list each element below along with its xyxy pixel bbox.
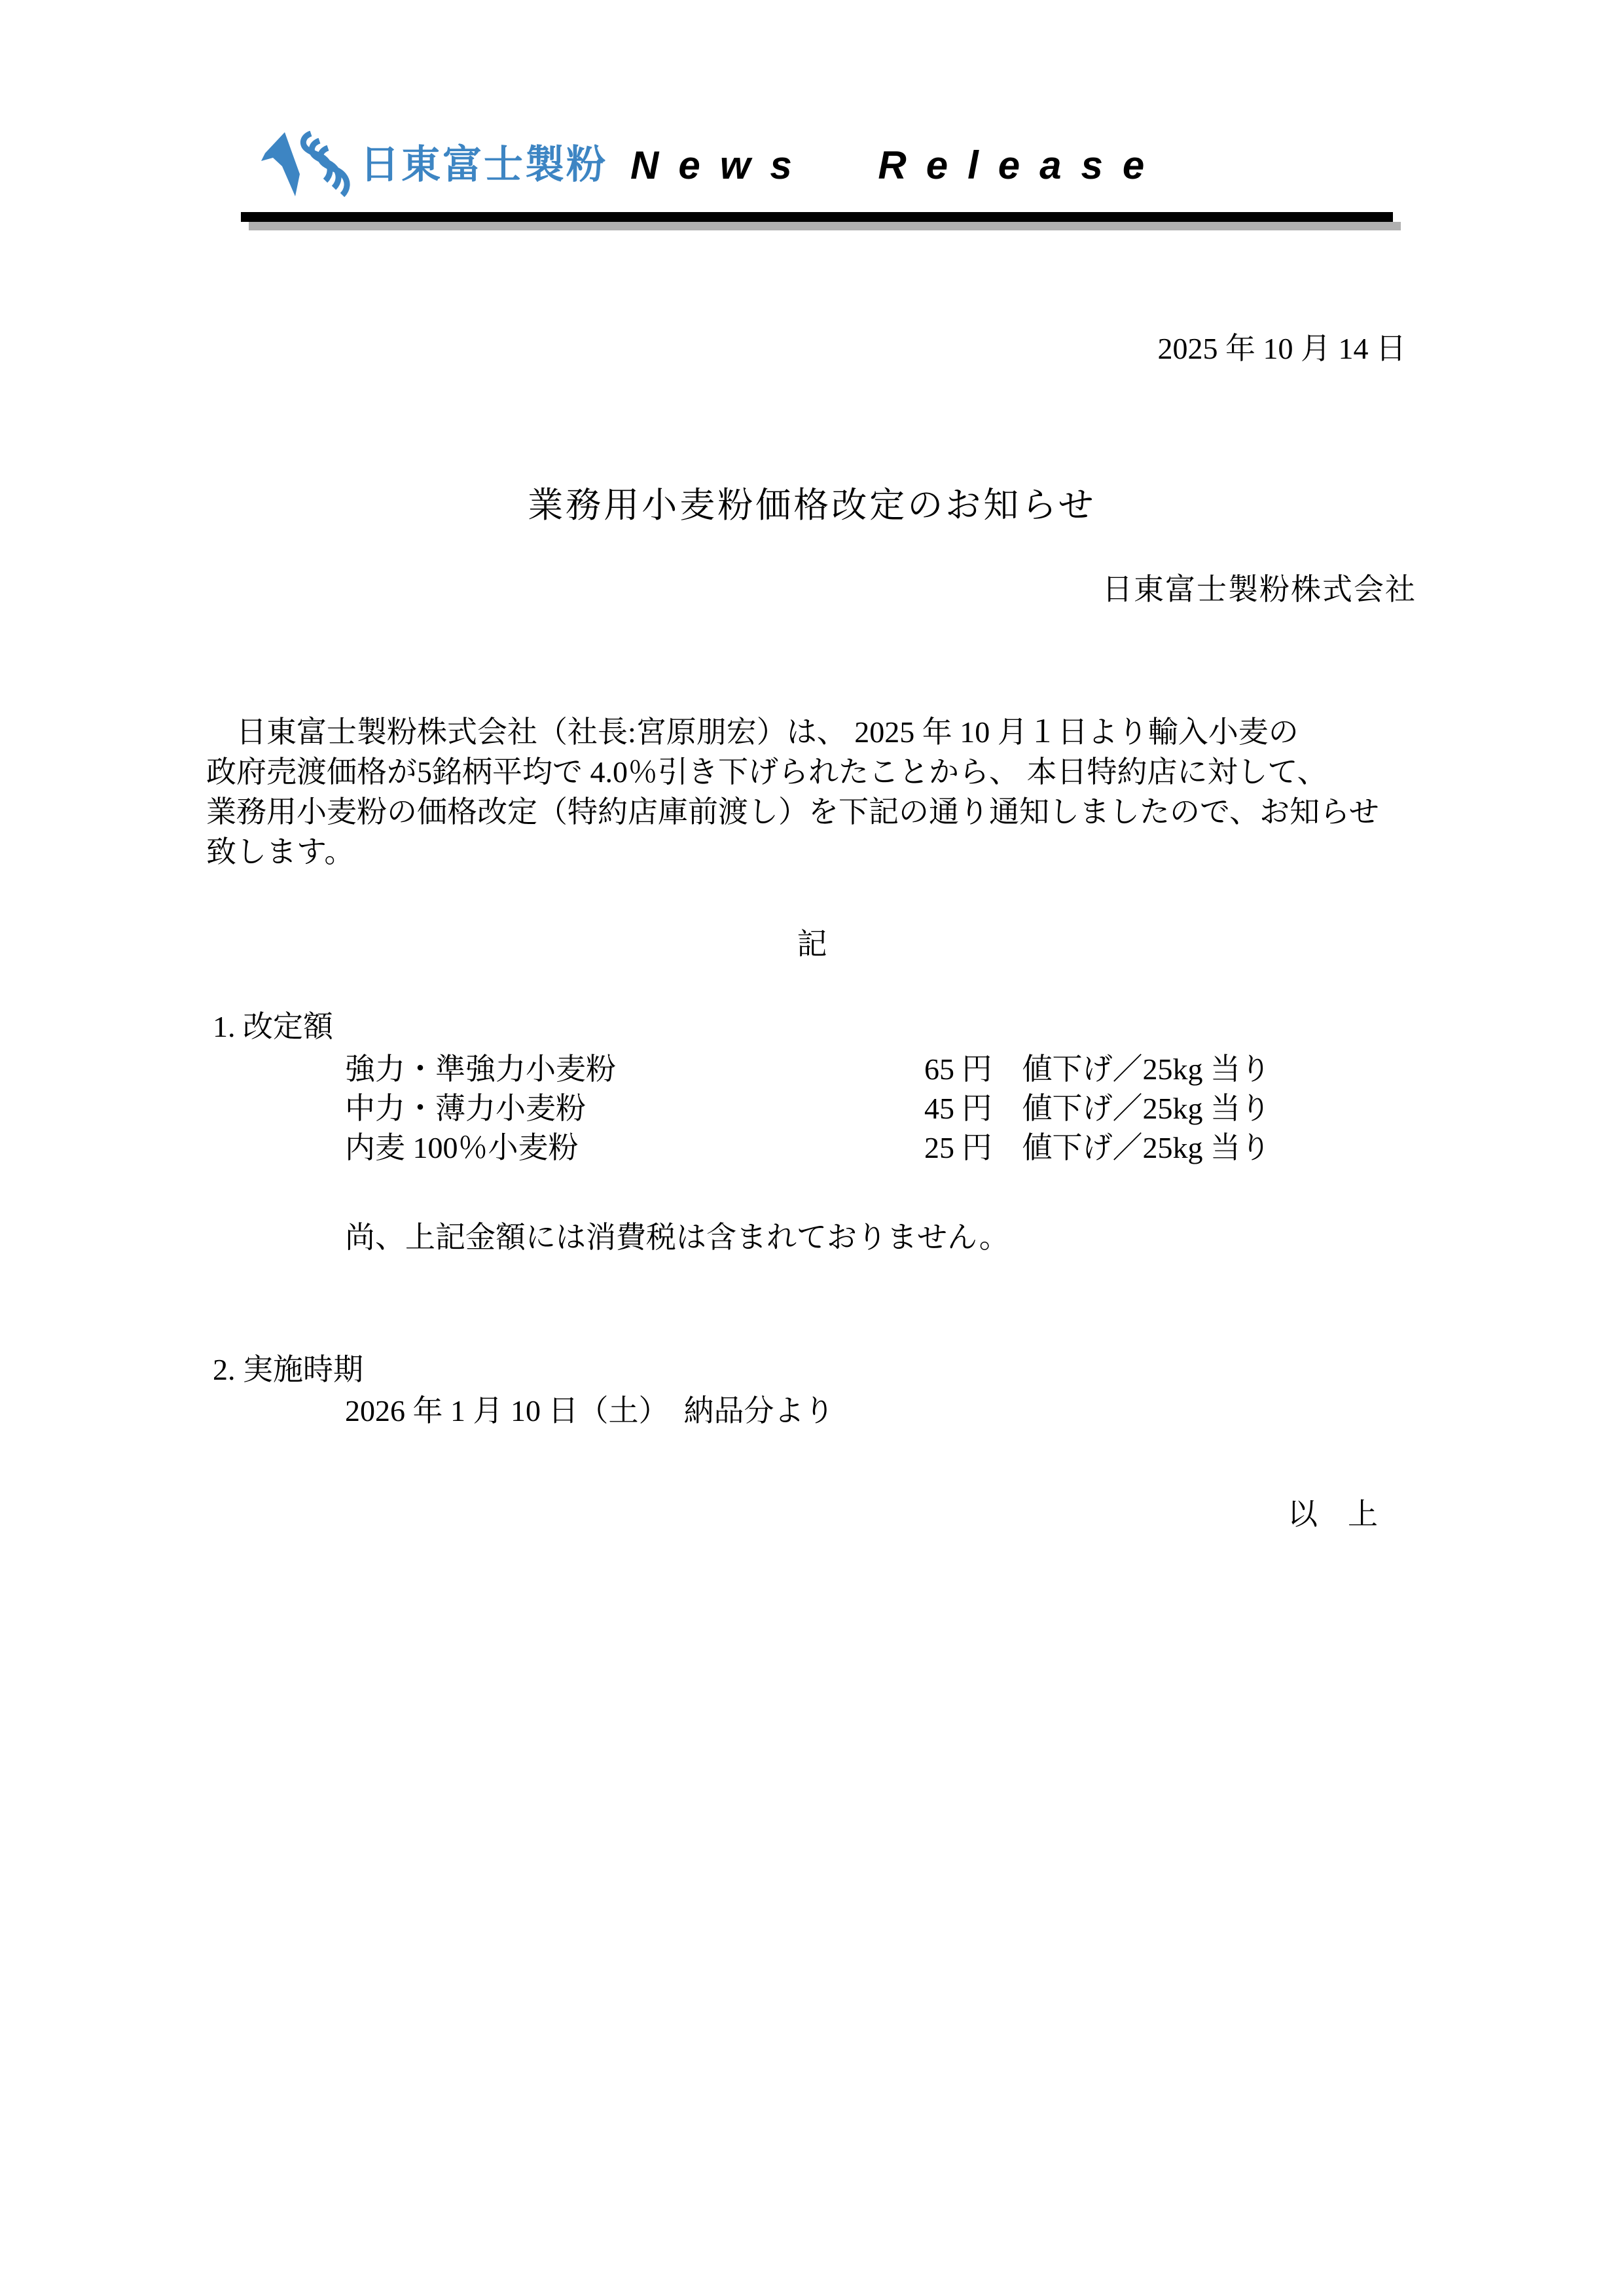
logo-wave-stripe-3 xyxy=(320,148,347,195)
lead-paragraph-line: 業務用小麦粉の価格改定（特約店庫前渡し）を下記の通り通知しましたので、お知らせ xyxy=(206,792,1430,832)
price-row-item: 内麦 100％小麦粉 xyxy=(345,1124,579,1167)
release-date: 2025 年 10 月 14 日 xyxy=(1158,331,1407,367)
tax-note: 尚、上記金額には消費税は含まれておりません。 xyxy=(345,1213,1009,1257)
news-release-heading: News Release xyxy=(630,144,1164,187)
price-row-change: 45 円 値下げ／25kg 当り xyxy=(924,1085,1271,1128)
company-name: 日東富士製粉株式会社 xyxy=(1102,565,1416,609)
price-row-item: 中力・薄力小麦粉 xyxy=(345,1085,586,1128)
press-release-page: 日東富士製粉 News Release 2025 年 10 月 14 日 業務用… xyxy=(0,0,1624,2296)
section2-detail: 2026 年 1 月 10 日（土） 納品分より xyxy=(345,1387,835,1430)
price-row-item: 強力・準強力小麦粉 xyxy=(345,1045,616,1088)
price-row-change: 25 円 値下げ／25kg 当り xyxy=(924,1124,1271,1167)
company-logo-icon xyxy=(260,131,352,198)
lead-paragraph-line: 政府売渡価格が5銘柄平均で 4.0％引き下げられたことから、 本日特約店に対して… xyxy=(206,752,1430,792)
header-rule xyxy=(241,212,1393,222)
section1-heading: 1. 改定額 xyxy=(213,1003,333,1046)
ki-marker: 記 xyxy=(0,920,1624,963)
lead-paragraph-line: 日東富士製粉株式会社（社長:宮原朋宏）は、 2025 年 10 月１日より輸入小… xyxy=(206,712,1430,752)
lead-paragraph-line: 致します。 xyxy=(206,832,1430,872)
price-row-change: 65 円 値下げ／25kg 当り xyxy=(924,1045,1271,1088)
closing-marker: 以 上 xyxy=(1288,1490,1378,1534)
document-title: 業務用小麦粉価格改定のお知らせ xyxy=(0,484,1624,527)
section2-heading: 2. 実施時期 xyxy=(213,1346,363,1389)
logo-ribbon-shape xyxy=(261,132,300,196)
lead-paragraph: 日東富士製粉株式会社（社長:宮原朋宏）は、 2025 年 10 月１日より輸入小… xyxy=(206,712,1430,872)
header-rule-shadow xyxy=(249,222,1401,230)
company-logo-text: 日東富士製粉 xyxy=(360,145,607,185)
